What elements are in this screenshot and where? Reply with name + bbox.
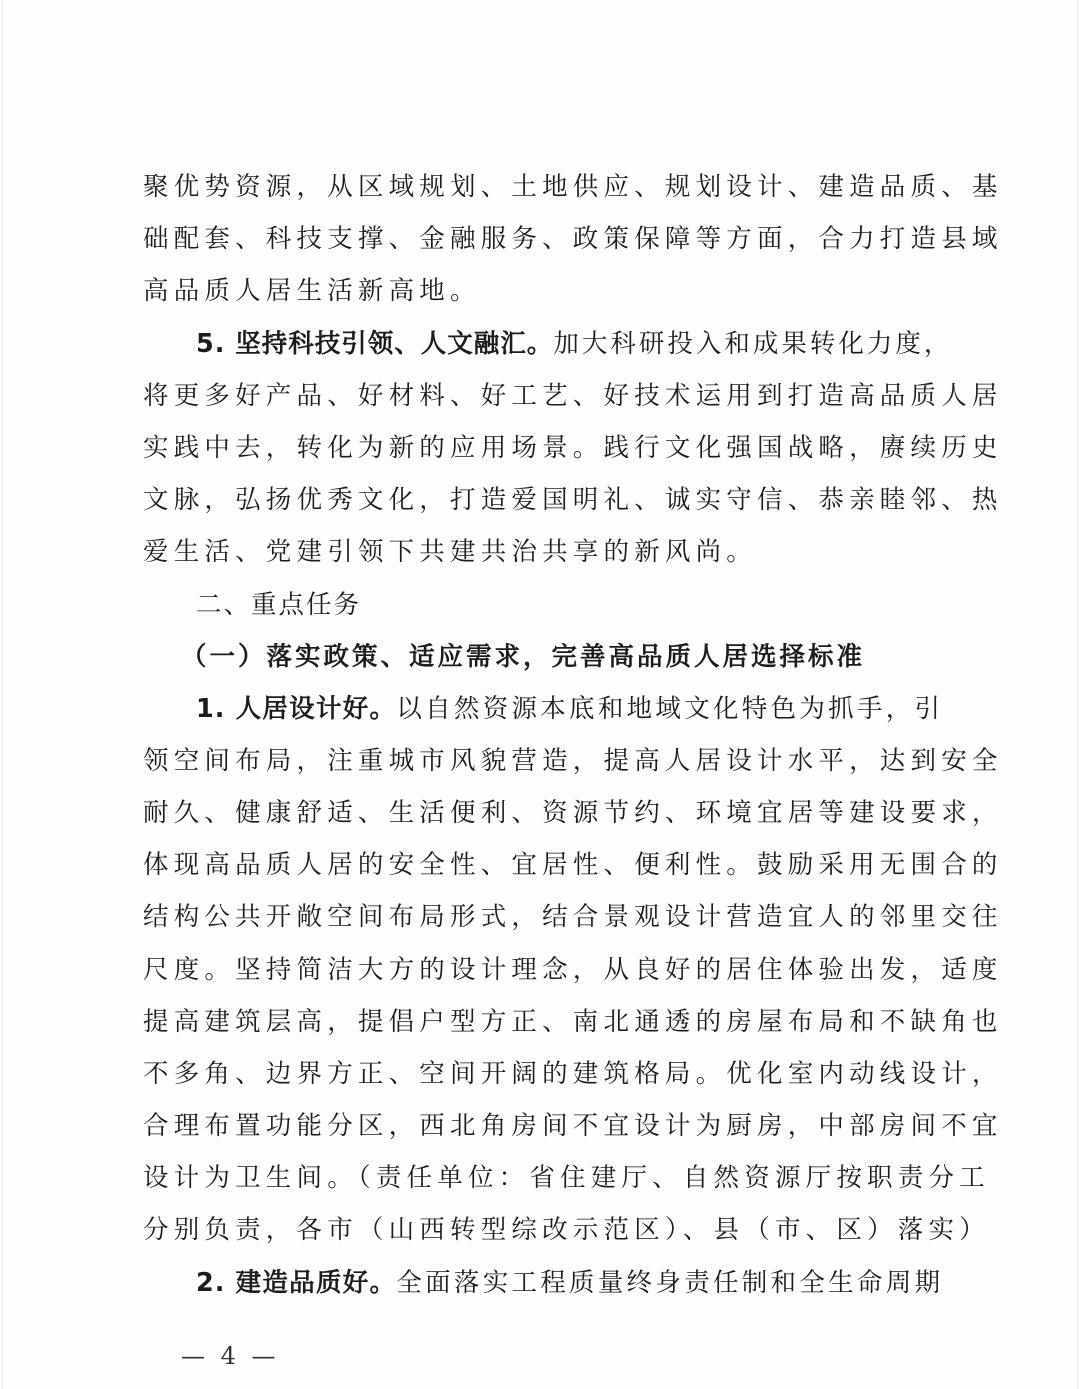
text-line: 将更多好产品、好材料、好工艺、好技术运用到打造高品质人居 <box>143 376 943 416</box>
text-line: 提高建筑层高，提倡户型方正、南北通透的房屋布局和不缺角也 <box>143 1002 943 1042</box>
text-line: 合理布置功能分区，西北角房间不宜设计为厨房，中部房间不宜 <box>143 1106 943 1146</box>
text-line: 领空间布局，注重城市风貌营造，提高人居设计水平，达到安全 <box>143 741 943 781</box>
text-line: 础配套、科技支撑、金融服务、政策保障等方面，合力打造县域 <box>143 219 943 259</box>
item-1-first-line: 1. 人居设计好。以自然资源本底和地域文化特色为抓手，引 <box>196 689 943 729</box>
item-2-first-line: 2. 建造品质好。全面落实工程质量终身责任制和全生命周期 <box>196 1263 943 1303</box>
item-2-text: 全面落实工程质量终身责任制和全生命周期 <box>396 1268 943 1298</box>
text-line: 爱生活、党建引领下共建共治共享的新风尚。 <box>143 532 943 572</box>
text-line: 设计为卫生间。（责任单位：省住建厅、自然资源厅按职责分工 <box>143 1158 943 1198</box>
item-5-text: 加大科研投入和成果转化力度， <box>553 329 952 359</box>
text-line: 实践中去，转化为新的应用场景。践行文化强国战略，赓续历史 <box>143 428 943 468</box>
item-5-first-line: 5. 坚持科技引领、人文融汇。加大科研投入和成果转化力度， <box>196 324 943 364</box>
page-number: — 4 — <box>181 1341 280 1371</box>
text-line: 分别负责，各市（山西转型综改示范区）、县（市、区）落实） <box>143 1210 943 1250</box>
text-line: 尺度。坚持简洁大方的设计理念，从良好的居住体验出发，适度 <box>143 950 943 990</box>
subsection-heading: （一）落实政策、适应需求，完善高品质人居选择标准 <box>181 637 931 677</box>
item-1-heading: 1. 人居设计好。 <box>196 694 396 724</box>
text-line: 结构公共开敞空间布局形式，结合景观设计营造宜人的邻里交往 <box>143 897 943 937</box>
text-line: 聚优势资源，从区域规划、土地供应、规划设计、建造品质、基 <box>143 167 943 207</box>
section-heading: 二、重点任务 <box>196 585 496 625</box>
document-page: 聚优势资源，从区域规划、土地供应、规划设计、建造品质、基 础配套、科技支撑、金融… <box>2 0 1078 1389</box>
text-line: 文脉，弘扬优秀文化，打造爱国明礼、诚实守信、恭亲睦邻、热 <box>143 480 943 520</box>
text-line: 不多角、边界方正、空间开阔的建筑格局。优化室内动线设计， <box>143 1054 943 1094</box>
text-line: 体现高品质人居的安全性、宜居性、便利性。鼓励采用无围合的 <box>143 845 943 885</box>
item-5-heading: 5. 坚持科技引领、人文融汇。 <box>196 329 553 359</box>
text-line: 耐久、健康舒适、生活便利、资源节约、环境宜居等建设要求， <box>143 793 943 833</box>
item-1-text: 以自然资源本底和地域文化特色为抓手，引 <box>396 694 943 724</box>
text-line: 高品质人居生活新高地。 <box>143 271 943 311</box>
item-2-heading: 2. 建造品质好。 <box>196 1268 396 1298</box>
